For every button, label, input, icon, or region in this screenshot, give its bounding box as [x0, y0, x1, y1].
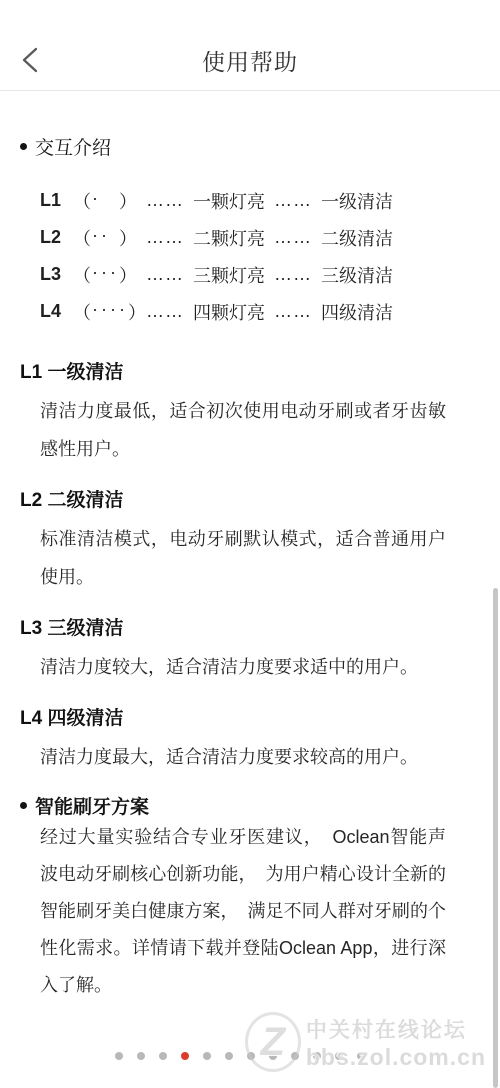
- scrollbar-thumb[interactable]: [493, 588, 498, 1088]
- level-label: L4: [40, 301, 73, 322]
- lights-text: 四颗灯亮: [193, 299, 265, 325]
- pagination-dot[interactable]: [137, 1052, 145, 1060]
- level-heading: L1 一级清洁: [20, 354, 480, 392]
- bullet-icon: [20, 802, 27, 809]
- lights-text: 一颗灯亮: [193, 188, 265, 214]
- paren-close: ）: [119, 225, 137, 251]
- level-heading: L3 三级清洁: [20, 610, 480, 648]
- paren-close: ）: [119, 262, 137, 288]
- bullet-icon: [20, 143, 27, 150]
- level-heading: L4 四级清洁: [20, 700, 480, 738]
- level-label: L2: [40, 227, 73, 248]
- led-dots: ···: [92, 262, 119, 288]
- led-dots-code: （··）: [73, 225, 137, 251]
- page-title: 使用帮助: [202, 44, 298, 77]
- level-text: 三级清洁: [321, 262, 393, 288]
- level-section-l2: L2 二级清洁 标准清洁模式，电动牙刷默认模式，适合普通用户使用。: [20, 482, 480, 596]
- level-indicator-row-l1: L1 （·） …… 一颗灯亮 …… 一级清洁: [40, 182, 480, 219]
- zol-logo-icon: Z: [245, 1012, 301, 1072]
- level-description: 清洁力度较大，适合清洁力度要求适中的用户。: [40, 648, 446, 686]
- ellipsis-separator: ……: [146, 264, 184, 285]
- ellipsis-separator: ……: [274, 190, 312, 211]
- level-description: 清洁力度最大，适合清洁力度要求较高的用户。: [40, 738, 446, 776]
- paren-open: （: [73, 262, 91, 288]
- pagination-dot[interactable]: [159, 1052, 167, 1060]
- pagination-dots: [0, 1052, 480, 1060]
- pagination-dot[interactable]: [313, 1052, 321, 1060]
- smart-plan-description: 经过大量实验结合专业牙医建议， Oclean智能声波电动牙刷核心创新功能， 为用…: [40, 819, 446, 1004]
- paren-close: ）: [119, 188, 137, 214]
- level-indicator-row-l3: L3 （···） …… 三颗灯亮 …… 三级清洁: [40, 256, 480, 293]
- section-heading-smart-plan: 智能刷牙方案: [20, 792, 480, 819]
- ellipsis-separator: ……: [274, 227, 312, 248]
- level-description: 标准清洁模式，电动牙刷默认模式，适合普通用户使用。: [40, 520, 446, 596]
- led-dots-code: （····）: [73, 299, 137, 325]
- watermark: Z 中关村在线论坛 bbs.zol.com.cn: [245, 1012, 486, 1072]
- paren-open: （: [73, 225, 91, 251]
- help-content: 交互介绍 L1 （·） …… 一颗灯亮 …… 一级清洁 L2 （··） …… 二…: [0, 133, 500, 1004]
- level-description: 清洁力度最低，适合初次使用电动牙刷或者牙齿敏感性用户。: [40, 392, 446, 468]
- level-indicator-list: L1 （·） …… 一颗灯亮 …… 一级清洁 L2 （··） …… 二颗灯亮 ……: [40, 182, 480, 330]
- ellipsis-separator: ……: [274, 301, 312, 322]
- ellipsis-separator: ……: [146, 190, 184, 211]
- level-section-l1: L1 一级清洁 清洁力度最低，适合初次使用电动牙刷或者牙齿敏感性用户。: [20, 354, 480, 468]
- ellipsis-separator: ……: [146, 227, 184, 248]
- pagination-dot[interactable]: [247, 1052, 255, 1060]
- watermark-site-name: 中关村在线论坛: [306, 1014, 486, 1044]
- level-section-l3: L3 三级清洁 清洁力度较大，适合清洁力度要求适中的用户。: [20, 610, 480, 686]
- back-chevron-icon: [17, 45, 43, 75]
- pagination-dot[interactable]: [335, 1052, 343, 1060]
- pagination-dot-active[interactable]: [181, 1052, 189, 1060]
- app-header: 使用帮助: [0, 0, 500, 91]
- level-heading: L2 二级清洁: [20, 482, 480, 520]
- section-heading-interaction: 交互介绍: [20, 133, 480, 160]
- level-indicator-row-l2: L2 （··） …… 二颗灯亮 …… 二级清洁: [40, 219, 480, 256]
- level-indicator-row-l4: L4 （····） …… 四颗灯亮 …… 四级清洁: [40, 293, 480, 330]
- level-text: 二级清洁: [321, 225, 393, 251]
- level-section-l4: L4 四级清洁 清洁力度最大，适合清洁力度要求较高的用户。: [20, 700, 480, 776]
- back-button[interactable]: [12, 42, 48, 78]
- pagination-dot[interactable]: [203, 1052, 211, 1060]
- led-dots: ····: [92, 299, 128, 325]
- led-dots-code: （·）: [73, 188, 137, 214]
- ellipsis-separator: ……: [146, 301, 184, 322]
- section-heading-label: 智能刷牙方案: [35, 792, 149, 819]
- pagination-dot[interactable]: [115, 1052, 123, 1060]
- pagination-dot[interactable]: [357, 1052, 365, 1060]
- lights-text: 三颗灯亮: [193, 262, 265, 288]
- level-label: L1: [40, 190, 73, 211]
- paren-open: （: [73, 188, 91, 214]
- pagination-dot[interactable]: [291, 1052, 299, 1060]
- paren-close: ）: [128, 299, 146, 325]
- level-text: 一级清洁: [321, 188, 393, 214]
- lights-text: 二颗灯亮: [193, 225, 265, 251]
- pagination-dot[interactable]: [269, 1052, 277, 1060]
- section-heading-label: 交互介绍: [35, 133, 111, 160]
- watermark-text: 中关村在线论坛 bbs.zol.com.cn: [306, 1014, 486, 1071]
- paren-open: （: [73, 299, 91, 325]
- led-dots-code: （···）: [73, 262, 137, 288]
- led-dots: ·: [92, 188, 101, 214]
- ellipsis-separator: ……: [274, 264, 312, 285]
- level-text: 四级清洁: [321, 299, 393, 325]
- pagination-dot[interactable]: [225, 1052, 233, 1060]
- led-dots: ··: [92, 225, 110, 251]
- level-label: L3: [40, 264, 73, 285]
